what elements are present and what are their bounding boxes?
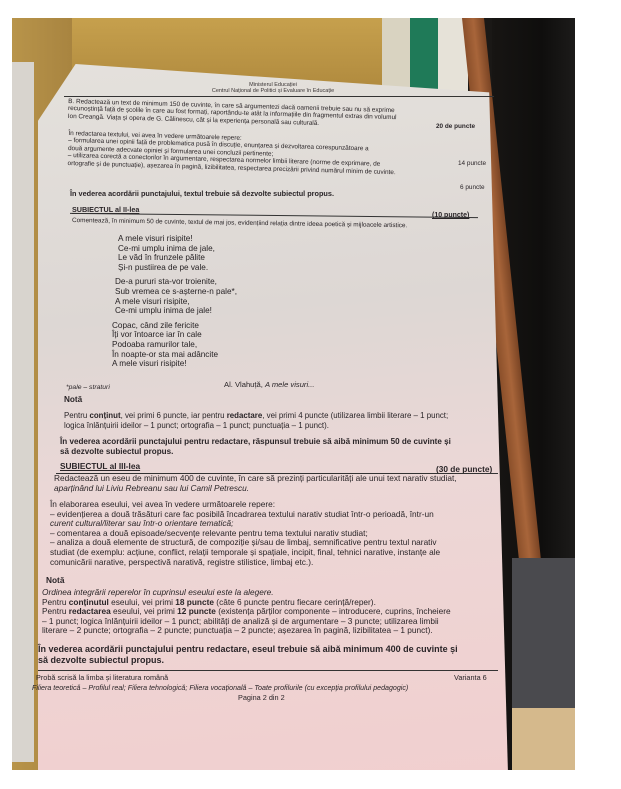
poem-stanza: A mele visuri risipite! Ce-mi umplu inim… <box>118 234 237 272</box>
subject-iii-requirement: În vederea acordării punctajului pentru … <box>38 644 458 666</box>
photo-frame: Ministerul Educației Centrul Național de… <box>12 18 575 770</box>
footer-rule <box>38 670 498 671</box>
subject-ii-note: Pentru conținut, vei primi 6 puncte, iar… <box>64 411 448 430</box>
subject-ii-requirement: În vederea acordării punctajului pentru … <box>60 437 451 456</box>
footer-exam: Probă scrisă la limba și literatura româ… <box>36 674 168 682</box>
subject-i-b-points: 20 de puncte <box>436 123 475 130</box>
criterion2-points: 6 puncte <box>460 184 485 191</box>
document-header: Ministerul Educației Centrul Național de… <box>38 82 508 94</box>
center-name: Centrul Național de Politici și Evaluare… <box>38 88 508 94</box>
footnote: *pale – straturi <box>66 384 110 392</box>
subject-i-b-task: B. Redactează un text de minimum 150 de … <box>68 98 397 129</box>
exam-content: Ministerul Educației Centrul Național de… <box>38 64 508 770</box>
poem-stanza: De-a pururi sta-vor troienite, Sub vreme… <box>115 277 237 315</box>
page-number: Pagina 2 din 2 <box>238 694 285 702</box>
subject-iii-note-title: Notă <box>46 576 64 586</box>
subject-i-b-requirement: În vederea acordării punctajului, textul… <box>70 190 334 198</box>
criterion1-points: 14 puncte <box>458 160 486 167</box>
subject-iii-task: Redactează un eseu de minimum 400 de cuv… <box>54 474 457 493</box>
desk-corner <box>512 708 575 770</box>
subject-iii-note: Ordinea integrării reperelor în cuprinsu… <box>42 588 451 636</box>
poem-attribution: Al. Vlahuță, A mele visuri... <box>224 381 314 389</box>
subject-iii-title: SUBIECTUL al III-lea <box>60 462 140 472</box>
poem: A mele visuri risipite! Ce-mi umplu inim… <box>118 234 237 374</box>
subject-iii-criteria: În elaborarea eseului, vei avea în veder… <box>50 500 440 567</box>
subject-i-b-criteria: În redactarea textului, vei avea în vede… <box>67 130 396 176</box>
underlying-sheet <box>12 62 34 762</box>
header-rule <box>64 96 494 97</box>
fabric-background <box>512 558 575 708</box>
subject-ii-task: Comentează, în minimum 50 de cuvinte, te… <box>72 217 407 230</box>
poem-stanza: Copac, când zile fericite Îți vor întoar… <box>112 321 237 369</box>
footer-profile: Filiera teoretică – Profilul real; Filie… <box>32 684 408 692</box>
footer-variant: Varianta 6 <box>454 674 487 682</box>
subject-ii-note-title: Notă <box>64 396 82 404</box>
